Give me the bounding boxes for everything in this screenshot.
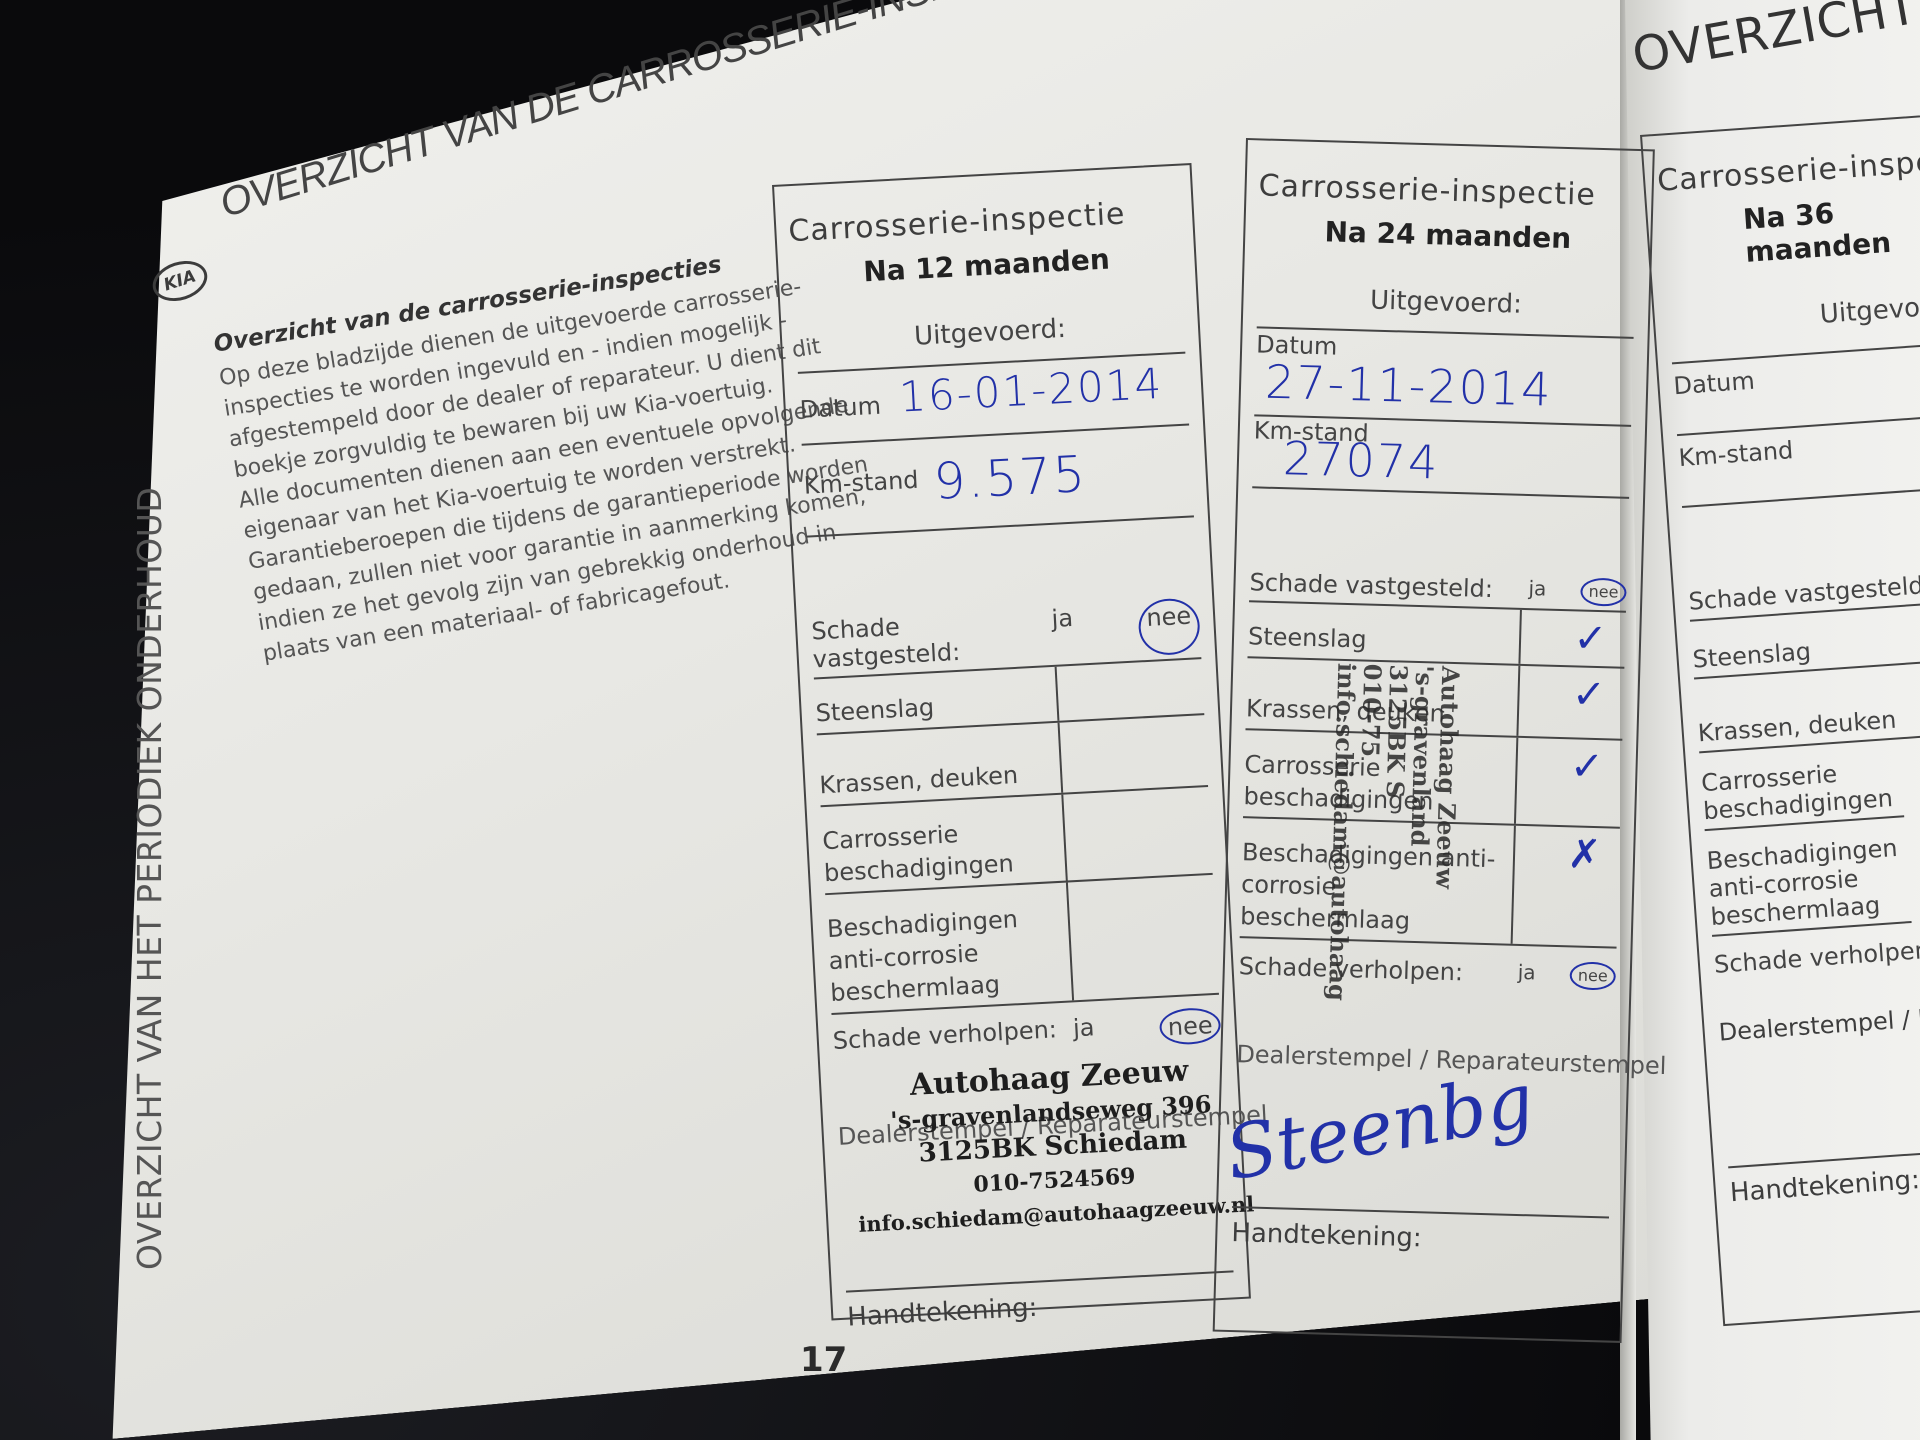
- damage-found-no-circled[interactable]: nee: [1137, 597, 1201, 656]
- damage-fixed-no-circled[interactable]: nee: [1570, 961, 1617, 990]
- inspection-card-12m: Carrosserie-inspectie Na 12 maanden Uitg…: [772, 163, 1251, 1320]
- dealer-stamp: Autohaag Zeeuw 's-gravenlandseweg 396 31…: [835, 1051, 1271, 1243]
- performed-label: Uitgevoerd:: [1654, 289, 1920, 341]
- damage-check[interactable]: ✓: [1516, 738, 1622, 827]
- damage-section: Schade vastgesteld: ja nee Steenslag Kra…: [811, 597, 1222, 1063]
- dealer-stamp-area: Dealerstempel / Reparateurstempel Steenb…: [1233, 980, 1615, 1190]
- handwritten-signature: Steenbg: [1219, 1057, 1540, 1198]
- km-value: 27074: [1282, 431, 1440, 489]
- km-field[interactable]: Km-stand 27074: [1252, 416, 1631, 498]
- date-value: 27-11-2014: [1264, 355, 1553, 417]
- performed-label: Uitgevoerd:: [1243, 282, 1649, 323]
- dealer-stamp-area: Dealerstempel / Reparateurstempel Autoha…: [834, 1043, 1232, 1263]
- date-value: 16-01-2014: [898, 359, 1164, 422]
- page-number: 17: [800, 1340, 847, 1380]
- inspection-card-24m: Carrosserie-inspectie Na 24 maanden Uitg…: [1213, 138, 1655, 1343]
- signature-field[interactable]: Handtekening:: [1728, 1146, 1920, 1208]
- card-title: Carrosserie-inspectie: [1656, 142, 1920, 198]
- km-value: 9.575: [932, 445, 1088, 511]
- damage-item-row: Beschadigingen anti-corrosie beschermlaa…: [825, 875, 1219, 1015]
- damage-check[interactable]: [1059, 715, 1208, 793]
- damage-fixed-no-circled[interactable]: nee: [1159, 1007, 1222, 1046]
- damage-found-no-circled[interactable]: nee: [1580, 578, 1627, 607]
- side-section-title: OVERZICHT VAN HET PERIODIEK ONDERHOUD: [130, 487, 169, 1270]
- card-title: Carrosserie-inspectie: [1258, 168, 1652, 214]
- card-period: Na 24 maanden: [1245, 213, 1651, 257]
- date-field[interactable]: Datum 27-11-2014: [1254, 326, 1633, 426]
- card-period: Na 36 maanden: [1647, 187, 1920, 275]
- damage-check[interactable]: [1063, 787, 1213, 880]
- damage-check[interactable]: ✗: [1513, 826, 1620, 947]
- dealer-stamp-rotated: Autohaag Zeeuw 's-gravenland 3125BK S 01…: [1324, 663, 1463, 1004]
- signature-field[interactable]: Handtekening:: [1231, 1206, 1609, 1259]
- damage-check[interactable]: [1067, 875, 1218, 1000]
- km-field[interactable]: Km-stand 9.575: [802, 425, 1194, 537]
- damage-item-row: Steenslag✓: [1247, 602, 1625, 669]
- damage-section: Schade vastgesteld: Steenslag Krassen, d…: [1688, 567, 1920, 978]
- damage-check[interactable]: ✓: [1521, 610, 1626, 667]
- dealer-stamp-label: Dealerstempel / Reparateurstempel: [1718, 998, 1920, 1046]
- damage-check[interactable]: ✓: [1519, 666, 1624, 739]
- damage-fixed-yes[interactable]: ja: [1517, 960, 1570, 989]
- damage-found-yes[interactable]: ja: [1051, 600, 1141, 660]
- performed-label: Uitgevoerd:: [782, 307, 1199, 359]
- damage-fixed-yes[interactable]: ja: [1072, 1010, 1160, 1050]
- damage-found-yes[interactable]: ja: [1528, 576, 1581, 605]
- damage-check[interactable]: [1056, 659, 1204, 721]
